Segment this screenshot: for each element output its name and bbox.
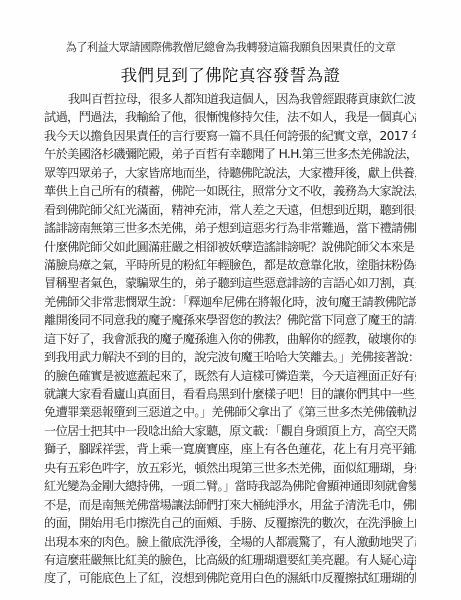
text-line: 這下好了，我會派我的魔子魔孫進入你的佛教，曲解你的經教，破壞你的教法，以此達 <box>44 330 416 348</box>
text-line: 獅子，腳踩祥雲，背上乘一寬廣寶座，座上有各色蓮花，花上有月亮平鋪於輪上，花中 <box>44 440 416 458</box>
text-line: 到我用武力解決不到的目的，說完波旬魔王哈哈大笑離去。」羌佛接著說：「不錯，我 <box>44 348 416 366</box>
text-line: 不是，而是南無羌佛當場讓法師們打來大桶純淨水，用盆子清洗毛巾，佛陀當眾多弟子 <box>44 496 416 514</box>
text-line: 試過，鬥過法，我輸給了他，很慚愧修持欠佳，法不如人，我是一個真心誠意的修行者， <box>44 108 416 126</box>
text-line: 的面，開始用毛巾擦洗自己的面頰、手膀、反覆擦洗的數次，在洗淨臉上的覆蓋後，就 <box>44 514 416 532</box>
text-line: 什麼佛陀師父如此圓滿莊嚴之相卻被妖孽造謠誹謗呢？說佛陀師父本來是：黑臉青面， <box>44 238 416 256</box>
text-line: 一位居士把其中一段唸出給大家聽，原文載：「觀自身頭頂上方，高空天際中，有八隻 <box>44 422 416 440</box>
page-number: 1 <box>409 563 415 573</box>
text-line: 我叫百哲拉母，很多人都知道我這個人，因為我曾經跟蔣貢康欽仁波且上過擂台比 <box>44 90 416 108</box>
text-line: 紅光變為金剛大總持佛，一頭二臂。」當時我認為佛陀會顯神通即刻就會變，結果完全 <box>44 477 416 495</box>
document-title: 我們見到了佛陀真容發誓為證 <box>0 62 461 86</box>
text-line: 華供上自己所有的積蓄，佛陀一如既往，照常分文不收，義務為大家說法，我一直以來 <box>44 182 416 200</box>
text-line: 出現本來的肉色。臉上徹底洗淨後，全場的人都震驚了，有人激動地哭了起來， 竟然 <box>44 533 416 551</box>
text-line: 謠誹謗南無第三世多杰羌佛，弟子想到這惡劣行為非常難過，當下禮請佛陀說法：「為 <box>44 219 416 237</box>
text-line: 有這麼莊嚴無比紅美的臉色，比高級的紅珊瑚還要紅美亮麗。有人疑心這紅色太紅亮過 <box>44 551 416 569</box>
document-body: 我叫百哲拉母，很多人都知道我這個人，因為我曾經跟蔣貢康欽仁波且上過擂台比 試過，… <box>44 90 416 588</box>
text-line: 午於美國洛杉磯彌陀殿，弟子百哲有幸聽聞了 H.H.第三世多杰羌佛說法，當時在場有… <box>44 145 416 163</box>
text-line: 央有五彩色吽字，放五彩光，頓然出現第三世多杰羌佛，面似紅珊瑚，身如象白玉，放 <box>44 459 416 477</box>
text-line: 滿臉烏瘴之氣，平時所見的粉紅年輕臉色，都是故意靠化妝，塗脂抹粉偽裝提精氣神， <box>44 256 416 274</box>
text-line: 離開後同不同意我的魔子魔孫來學習您的教法？佛陀當下同意了魔王的請求，魔王說： <box>44 311 416 329</box>
text-line: 度了，可能底色上了紅，沒想到佛陀竟用白色的濕紙巾反覆擦拭紅珊瑚的臉頰，看看上 <box>44 569 416 587</box>
text-line: 的臉色確實是被遮蓋起來了，既然有人這樣可憐造業，今天這裡面正好有妖孽之人，我 <box>44 367 416 385</box>
text-line: 羌佛師父非常悲憫眾生說：「釋迦牟尼佛在將報化時，波旬魔王請教佛陀說：佛陀，您 <box>44 293 416 311</box>
document-page: 為了利益大眾請國際佛教僧尼總會為我轉發這篇我願負因果責任的文章 我們見到了佛陀真… <box>0 0 461 600</box>
text-line: 看到佛陀師父紅光滿面，精神充沛，常人差之天遠，但想到近期，聽到很多妖孽之人造 <box>44 201 416 219</box>
text-line: 眾等四眾弟子，大家皆席地而坐，待聽佛陀說法，大家禮拜後，獻上供養，我的兒子家 <box>44 164 416 182</box>
text-line: 冒稱聖者氣色，蒙騙眾生的，弟子聽到這些惡意誹謗的言語心如刀割，真是難過之極！」 <box>44 274 416 292</box>
document-header: 為了利益大眾請國際佛教僧尼總會為我轉發這篇我願負因果責任的文章 <box>0 39 461 55</box>
text-line: 我今天以擔負因果責任的言行要寫一篇不具任何誇張的紀實文章，2017 年 12 月… <box>44 127 416 145</box>
text-line: 免遭罪業惡報墮到三惡道之中。」羌佛師父拿出了《第三世多杰羌佛儀軌法》，讓旁邊 <box>44 403 416 421</box>
text-line: 就讓大家看看廬山真面目，看看烏黑到什麼樣子吧！目的讓你們其中一些人看了以後， <box>44 385 416 403</box>
